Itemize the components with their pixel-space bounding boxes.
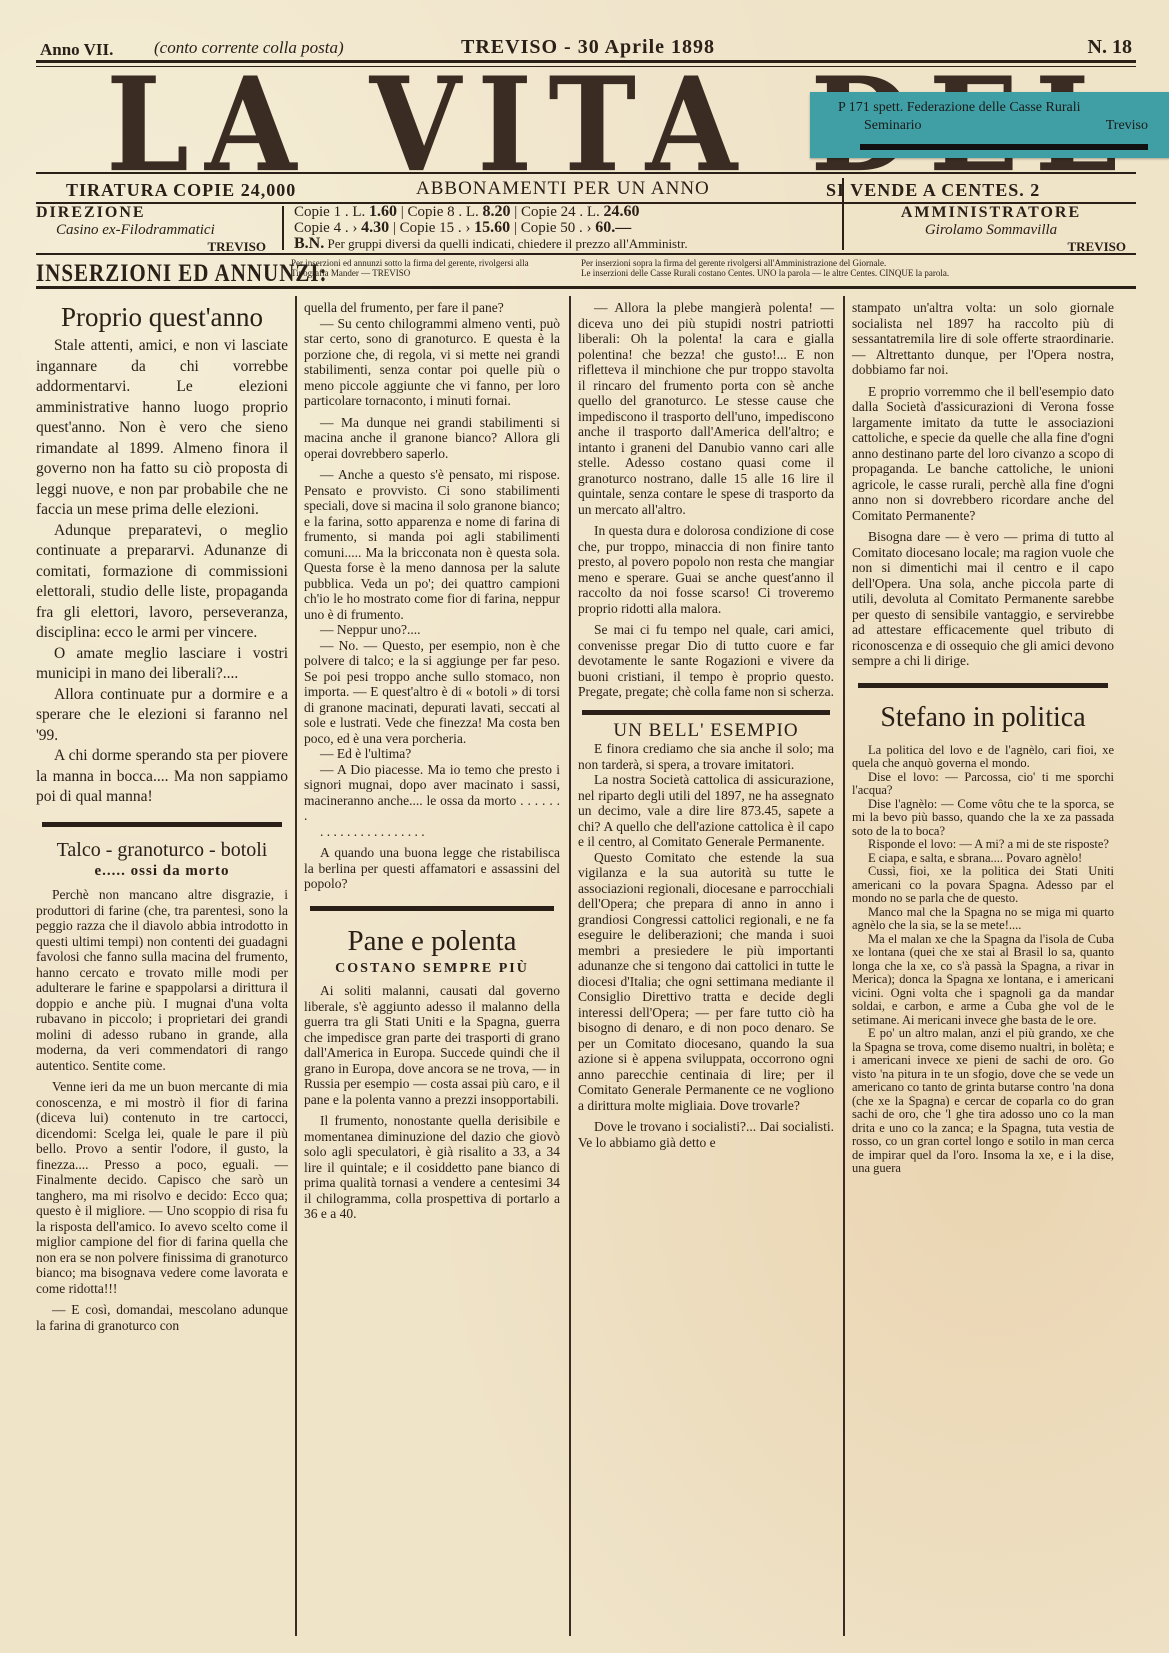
price-table: Copie 1 . L. 1.60 | Copie 8 . L. 8.20 | …	[294, 204, 688, 251]
article-separator	[858, 683, 1108, 688]
column-2: quella del frumento, per fare il pane? —…	[304, 300, 560, 1222]
circulation: TIRATURA COPIE 24,000	[66, 180, 296, 201]
paragraph: La politica del lovo e de l'agnèlo, cari…	[852, 744, 1114, 771]
price-note-text: Per gruppi diversi da quelli indicati, c…	[327, 236, 687, 251]
paragraph: E finora crediamo che sia anche il solo;…	[578, 741, 834, 772]
subscriptions-heading: ABBONAMENTI PER UN ANNO	[416, 178, 710, 200]
administrator: AMMINISTRATORE Girolamo Sommavilla TREVI…	[856, 204, 1126, 255]
paragraph: — Ed è l'ultima?	[304, 746, 560, 762]
paragraph: — No. — Questo, per esempio, non è che p…	[304, 638, 560, 747]
price-row: Copie 1 . L. 1.60 | Copie 8 . L. 8.20 | …	[294, 204, 688, 220]
advertising-title: INSERZIONI ED ANNUNZI:	[36, 258, 328, 288]
paragraph: In questa dura e dolorosa condizione di …	[578, 523, 834, 616]
article-title-stefano: Stefano in politica	[852, 700, 1114, 736]
price-value: 8.20	[483, 203, 511, 220]
paragraph: quella del frumento, per fare il pane?	[304, 300, 560, 316]
price-value: 4.30	[361, 219, 389, 236]
paragraph: Cussì, fioi, xe la politica dei Stati Un…	[852, 865, 1114, 906]
paragraph: — Anche a questo s'è pensato, mi rispose…	[304, 467, 560, 622]
paragraph: Ma el malan xe che la Spagna da l'isola …	[852, 933, 1114, 1028]
price-label: Copie 8 . L.	[408, 204, 479, 220]
advertising-note-rates: Per inserzioni sopra la firma del gerent…	[581, 258, 1131, 278]
paragraph: — Ma dunque nei grandi stabilimenti si m…	[304, 415, 560, 462]
article-title-pane: Pane e polenta	[304, 923, 560, 959]
paragraph: Stale attenti, amici, e non vi lasciate …	[36, 336, 288, 521]
address-label: P 171 spett. Federazione delle Casse Rur…	[810, 92, 1169, 158]
paragraph: A chi dorme sperando sta per piovere la …	[36, 746, 288, 808]
price-value: 24.60	[604, 203, 640, 220]
paragraph: O amate meglio lasciare i vostri municip…	[36, 644, 288, 685]
article-subtitle-talco: e..... ossi da morto	[36, 861, 288, 882]
paragraph: Se mai ci fu tempo nel quale, cari amici…	[578, 622, 834, 700]
divider	[36, 253, 1136, 255]
advertising-note-line: Per inserzioni sopra la firma del gerent…	[581, 258, 1131, 268]
article-separator	[310, 906, 554, 911]
price-label: Copie 15 . ›	[400, 220, 471, 236]
article-title-proprio: Proprio quest'anno	[36, 300, 288, 334]
administrator-title: AMMINISTRATORE	[856, 204, 1126, 222]
paragraph: Risponde el lovo: — A mi? a mi de ste ri…	[852, 838, 1114, 852]
column-4: stampato un'altra volta: un solo giornal…	[852, 300, 1114, 1176]
paragraph: Adunque preparatevi, o meglio continuate…	[36, 521, 288, 644]
editorial-office-title: DIREZIONE	[36, 204, 266, 222]
paragraph: Bisogna dare — è vero — prima di tutto a…	[852, 529, 1114, 669]
paragraph: E ciapa, e salta, e sbrana.... Povaro ag…	[852, 852, 1114, 866]
subscription-bar: TIRATURA COPIE 24,000 ABBONAMENTI PER UN…	[36, 178, 1136, 252]
paragraph: Allora continuate pur a dormire e a sper…	[36, 685, 288, 747]
article-title-esempio: UN BELL' ESEMPIO	[578, 721, 834, 742]
price-label: Copie 1 . L.	[294, 204, 365, 220]
address-label-city: Treviso	[1106, 118, 1148, 134]
paragraph: E po' un altro malan, anzi el più grando…	[852, 1027, 1114, 1176]
address-label-seminario: Seminario	[864, 118, 922, 134]
price-per-copy: SI VENDE A CENTES. 2	[826, 180, 1040, 201]
article-subtitle-pane: COSTANO SEMPRE PIÙ	[304, 959, 560, 980]
price-note-label: B.N.	[294, 235, 324, 252]
column-1: Proprio quest'anno Stale attenti, amici,…	[36, 300, 288, 1333]
column-divider	[569, 296, 571, 1636]
advertising-info: INSERZIONI ED ANNUNZI: Per inserzioni ed…	[36, 256, 1136, 286]
price-value: 15.60	[474, 219, 510, 236]
paragraph: — A Dio piacesse. Ma io temo che presto …	[304, 762, 560, 824]
price-note: B.N. Per gruppi diversi da quelli indica…	[294, 236, 688, 251]
price-row: Copie 4 . › 4.30 | Copie 15 . › 15.60 | …	[294, 220, 688, 236]
editorial-office: DIREZIONE Casino ex-Filodrammatici TREVI…	[36, 204, 266, 255]
paragraph: — Allora la plebe mangierà polenta! — di…	[578, 300, 834, 517]
address-label-line1: P 171 spett. Federazione delle Casse Rur…	[838, 100, 1080, 116]
column-3: — Allora la plebe mangierà polenta! — di…	[578, 300, 834, 1150]
paragraph: — Su cento chilogrammi almeno venti, può…	[304, 316, 560, 409]
paragraph: A quando una buona legge che ristabilisc…	[304, 845, 560, 892]
paragraph: Venne ieri da me un buon mercante di mia…	[36, 1079, 288, 1296]
paragraph: Ai soliti malanni, causati dal governo l…	[304, 983, 560, 1107]
divider	[842, 178, 844, 250]
article-title-talco: Talco - granoturco - botoli	[36, 839, 288, 861]
paragraph: Il frumento, nonostante quella derisibil…	[304, 1113, 560, 1222]
paragraph: E proprio vorremmo che il bell'esempio d…	[852, 384, 1114, 524]
divider	[36, 286, 1136, 289]
paragraph: — E così, domandai, mescolano adunque la…	[36, 1302, 288, 1333]
advertising-note-line: Le inserzioni delle Casse Rurali costano…	[581, 268, 1131, 278]
paragraph: Manco mal che la Spagna no se miga mi qu…	[852, 906, 1114, 933]
paragraph: La nostra Società cattolica di assicuraz…	[578, 772, 834, 850]
volume-year: Anno VII.	[40, 40, 113, 60]
administrator-name: Girolamo Sommavilla	[856, 222, 1126, 239]
column-divider	[843, 296, 845, 1636]
price-label: Copie 50 . ›	[521, 220, 592, 236]
price-value: 60.—	[595, 219, 631, 236]
price-value: 1.60	[369, 203, 397, 220]
editorial-office-place: Casino ex-Filodrammatici	[36, 222, 266, 239]
column-divider	[295, 296, 297, 1636]
price-label: Copie 24 . L.	[521, 204, 600, 220]
article-separator	[582, 710, 830, 715]
address-label-bars	[860, 144, 1148, 150]
article-separator	[42, 822, 282, 827]
paragraph: Questo Comitato che estende la sua vigil…	[578, 850, 834, 1114]
paragraph: Dise l'agnèlo: — Come vôtu che te la spo…	[852, 798, 1114, 839]
paragraph: Perchè non mancano altre disgrazie, i pr…	[36, 887, 288, 1073]
paragraph: stampato un'altra volta: un solo giornal…	[852, 300, 1114, 378]
paragraph: Dove le trovano i socialisti?... Dai soc…	[578, 1119, 834, 1150]
price-label: Copie 4 . ›	[294, 220, 357, 236]
paragraph: — Neppur uno?....	[304, 622, 560, 638]
divider	[282, 206, 284, 250]
divider	[36, 172, 1136, 174]
paragraph: Dise el lovo: — Parcossa, cio' ti me spo…	[852, 771, 1114, 798]
paragraph: . . . . . . . . . . . . . . . .	[304, 824, 560, 840]
advertising-note-gerente: Per inserzioni ed annunzi sotto la firma…	[291, 258, 561, 278]
